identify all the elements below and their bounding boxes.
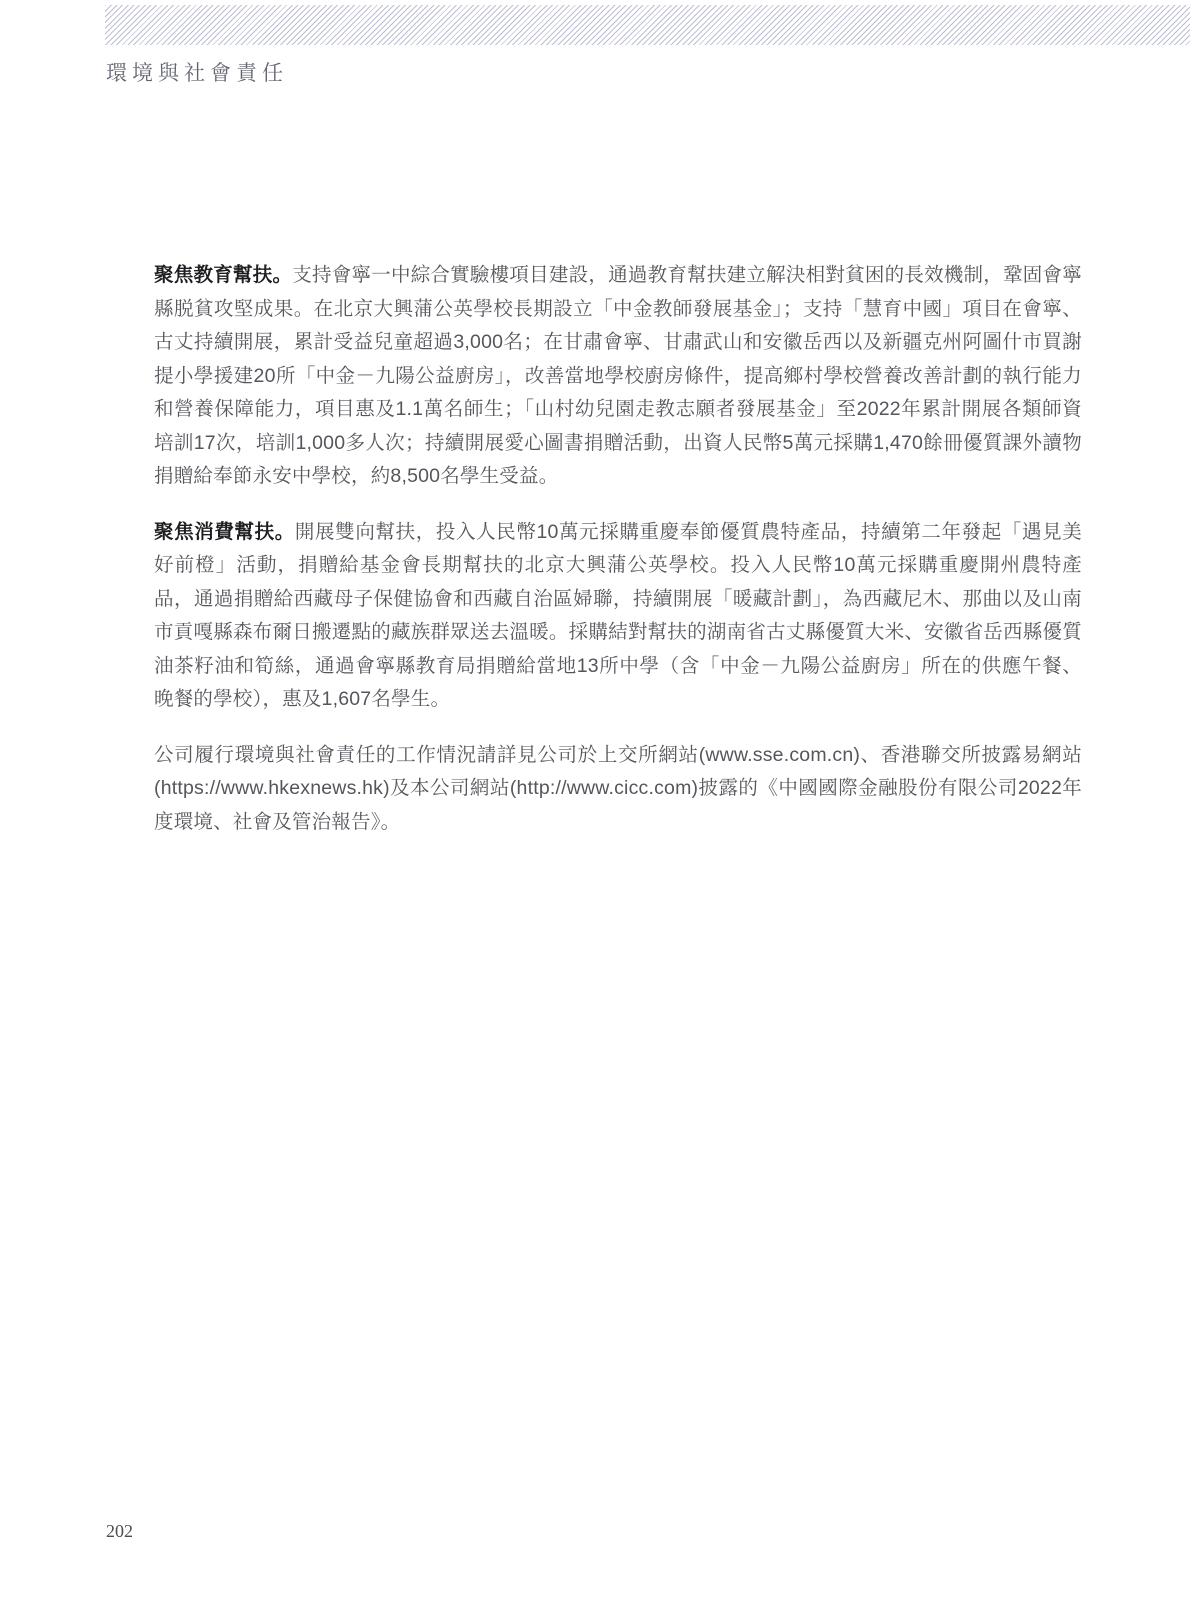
paragraph-body-consumption: 開展雙向幫扶，投入人民幣10萬元採購重慶奉節優質農特產品，持續第二年發起「遇見美…: [154, 521, 1082, 711]
paragraph-education-support: 聚焦教育幫扶。支持會寧一中綜合實驗樓項目建設，通過教育幫扶建立解決相對貧困的長效…: [154, 259, 1082, 494]
paragraph-lead-education: 聚焦教育幫扶。: [154, 264, 292, 286]
diagonal-hatch-banner: [105, 5, 1190, 45]
page-body-text: 聚焦教育幫扶。支持會寧一中綜合實驗樓項目建設，通過教育幫扶建立解決相對貧困的長效…: [154, 259, 1082, 861]
paragraph-lead-consumption: 聚焦消費幫扶。: [154, 521, 295, 543]
paragraph-consumption-support: 聚焦消費幫扶。開展雙向幫扶，投入人民幣10萬元採購重慶奉節優質農特產品，持續第二…: [154, 516, 1082, 717]
page-number: 202: [106, 1521, 133, 1542]
section-title: 環境與社會責任: [106, 57, 288, 87]
paragraph-body-education: 支持會寧一中綜合實驗樓項目建設，通過教育幫扶建立解決相對貧困的長效機制，鞏固會寧…: [154, 264, 1082, 487]
paragraph-esg-disclosure: 公司履行環境與社會責任的工作情況請詳見公司於上交所網站(www.sse.com.…: [154, 739, 1082, 840]
paragraph-body-esg-disclosure: 公司履行環境與社會責任的工作情況請詳見公司於上交所網站(www.sse.com.…: [154, 744, 1082, 833]
